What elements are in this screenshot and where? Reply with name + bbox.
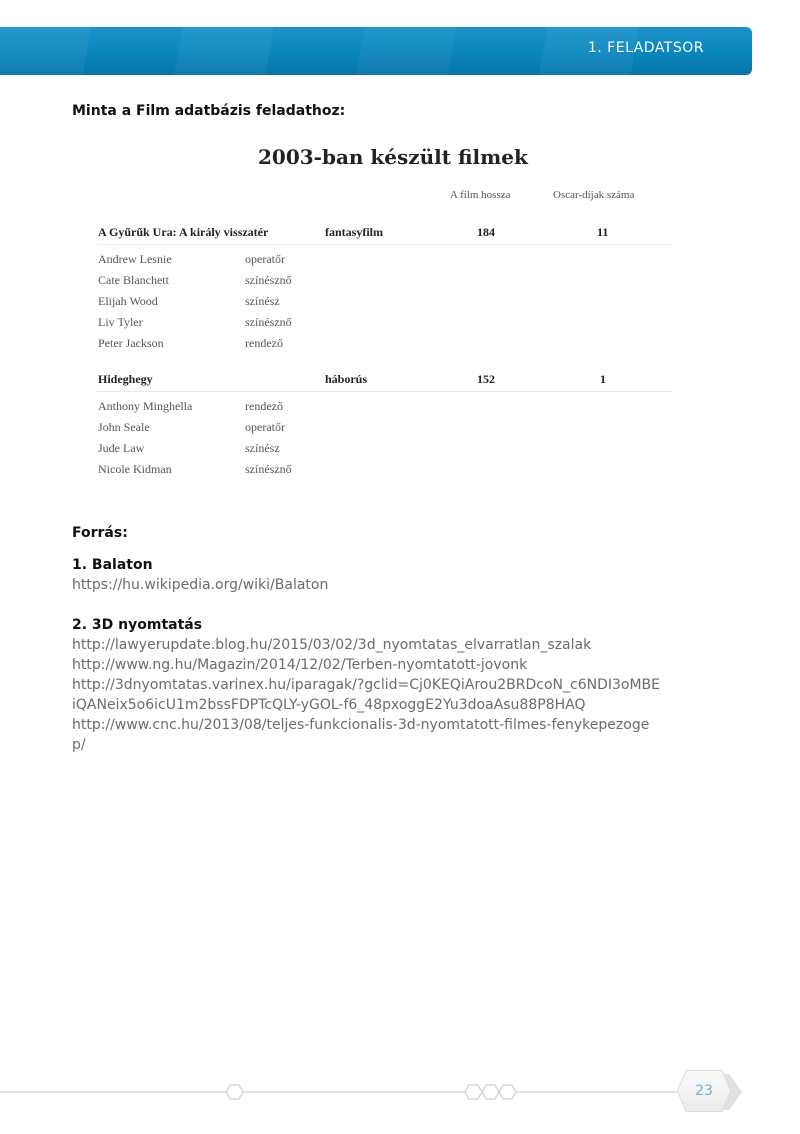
person-row: Anthony Minghella rendező (97, 399, 397, 419)
column-header-length: A film hossza (450, 189, 511, 201)
footer-hexagon-decoration (0, 1080, 700, 1104)
intro-heading: Minta a Film adatbázis feladathoz: (72, 103, 345, 119)
film-oscars: 11 (597, 225, 608, 240)
film-oscars: 1 (600, 372, 606, 387)
person-role: operatőr (245, 420, 285, 435)
person-role: rendező (245, 336, 283, 351)
source-title: 1. Balaton (72, 555, 672, 575)
film-title: Hideghegy (98, 372, 153, 387)
hexagon-icon (482, 1085, 499, 1099)
section-title: 1. FELADATSOR (588, 40, 704, 56)
person-name: Jude Law (98, 441, 144, 456)
person-role: színész (245, 294, 280, 309)
film-length: 152 (477, 372, 495, 387)
column-header-oscars: Oscar-díjak száma (553, 189, 634, 201)
film-genre: háborús (325, 372, 367, 387)
person-name: Andrew Lesnie (98, 252, 172, 267)
person-row: Elijah Wood színész (97, 294, 397, 314)
film-row: A Gyűrűk Ura: A király visszatér fantasy… (97, 221, 673, 245)
person-row: Andrew Lesnie operatőr (97, 252, 397, 272)
person-name: Cate Blanchett (98, 273, 169, 288)
person-row: Jude Law színész (97, 441, 397, 461)
person-role: színésznő (245, 273, 292, 288)
hexagon-icon (226, 1085, 243, 1099)
person-name: Anthony Minghella (98, 399, 192, 414)
film-length: 184 (477, 225, 495, 240)
sources-heading: Forrás: (72, 525, 128, 541)
hexagon-icon (465, 1085, 482, 1099)
person-name: Elijah Wood (98, 294, 158, 309)
person-role: színésznő (245, 315, 292, 330)
source-title: 2. 3D nyomtatás (72, 615, 662, 635)
source-item-3d-printing: 2. 3D nyomtatás http://lawyerupdate.blog… (72, 615, 662, 755)
person-name: Nicole Kidman (98, 462, 172, 477)
person-name: Peter Jackson (98, 336, 164, 351)
person-row: Peter Jackson rendező (97, 336, 397, 356)
person-name: Liv Tyler (98, 315, 143, 330)
person-row: Cate Blanchett színésznő (97, 273, 397, 293)
source-item-balaton: 1. Balaton https://hu.wikipedia.org/wiki… (72, 555, 672, 595)
source-link[interactable]: http://3dnyomtatas.varinex.hu/iparagak/?… (72, 675, 662, 715)
source-link[interactable]: http://lawyerupdate.blog.hu/2015/03/02/3… (72, 635, 662, 655)
hexagon-icon (499, 1085, 516, 1099)
person-name: John Seale (98, 420, 150, 435)
film-row: Hideghegy háborús 152 1 (97, 368, 673, 392)
film-genre: fantasyfilm (325, 225, 383, 240)
person-role: színésznő (245, 462, 292, 477)
person-row: Nicole Kidman színésznő (97, 462, 397, 482)
person-row: Liv Tyler színésznő (97, 315, 397, 335)
person-role: operatőr (245, 252, 285, 267)
page-number-badge: 23 (678, 1071, 730, 1111)
person-role: színész (245, 441, 280, 456)
film-title: A Gyűrűk Ura: A király visszatér (98, 225, 268, 240)
table-title: 2003-ban készült filmek (258, 145, 528, 169)
person-role: rendező (245, 399, 283, 414)
source-link[interactable]: http://www.cnc.hu/2013/08/teljes-funkcio… (72, 715, 662, 755)
source-link[interactable]: http://www.ng.hu/Magazin/2014/12/02/Terb… (72, 655, 662, 675)
source-link[interactable]: https://hu.wikipedia.org/wiki/Balaton (72, 575, 672, 595)
page-number: 23 (695, 1083, 713, 1099)
person-row: John Seale operatőr (97, 420, 397, 440)
